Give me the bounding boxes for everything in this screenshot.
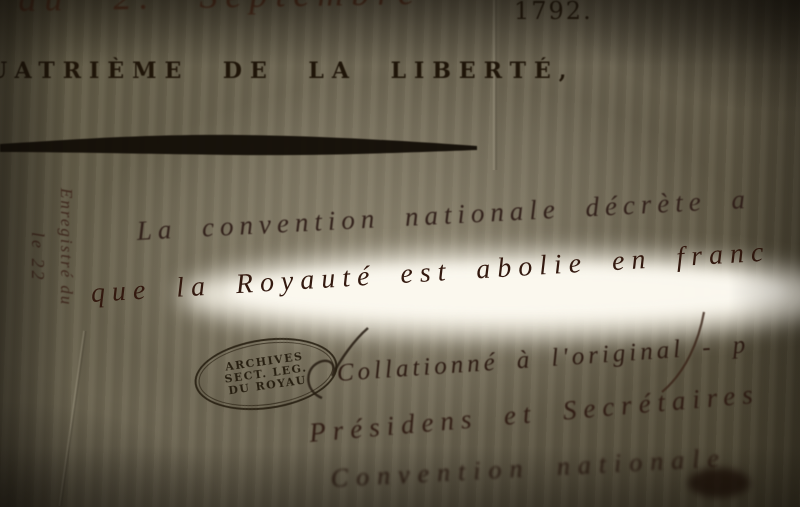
margin-note-line-2: le 22	[27, 232, 48, 283]
ink-blot	[688, 468, 750, 498]
margin-note-line-1: Enregistré du	[56, 188, 76, 306]
stamp-line-archives: ARCHIVES	[224, 351, 304, 374]
stamp-line-du-royau: DU ROYAU	[228, 374, 308, 397]
stamp-line-sect-leg: SECT. LEG.	[224, 362, 308, 385]
swelled-rule	[0, 135, 477, 155]
manuscript-photo: au 2. Septembre 1792. UATRIÈME DE LA LIB…	[0, 0, 800, 507]
